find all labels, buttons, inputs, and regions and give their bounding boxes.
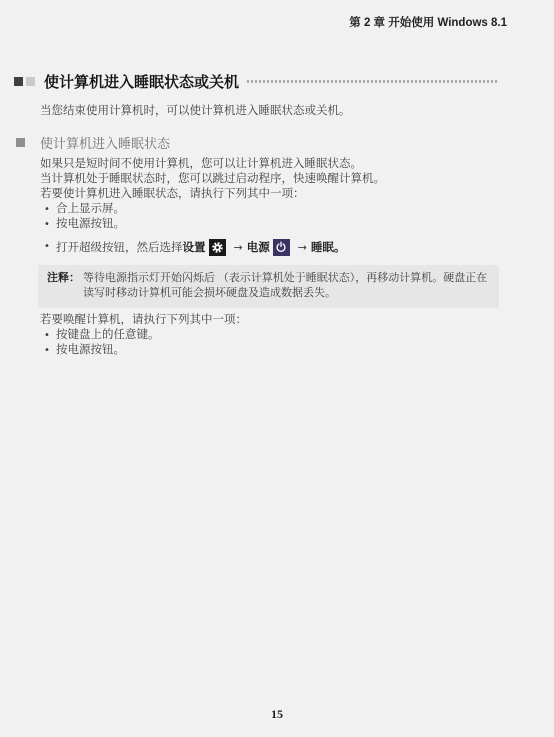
body-column: 当您结束使用计算机时，可以使计算机进入睡眠状态或关机。 使计算机进入睡眠状态 如… [40, 104, 497, 358]
paragraph: 当计算机处于睡眠状态时，您可以跳过启动程序，快速唤醒计算机。 [40, 172, 497, 187]
list-item-charms: • 打开超级按钮，然后选择 设置 → 电源 → 睡眠。 [44, 235, 497, 259]
sleep-paragraphs: 如果只是短时间不使用计算机，您可以让计算机进入睡眠状态。 当计算机处于睡眠状态时… [40, 157, 497, 202]
list-item: • 合上显示屏。 [44, 202, 497, 217]
wake-intro: 若要唤醒计算机，请执行下列其中一项： [40, 313, 497, 328]
charm-prefix-text: 打开超级按钮，然后选择 [56, 239, 183, 255]
chapter-header: 第 2 章 开始使用 Windows 8.1 [349, 14, 507, 30]
bullet-icon: • [44, 328, 56, 343]
list-item: • 按电源按钮。 [44, 217, 497, 232]
section-title-row: 使计算机进入睡眠状态或关机 [14, 72, 497, 90]
note-box: 注释： 等待电源指示灯开始闪烁后 （表示计算机处于睡眠状态），再移动计算机。硬盘… [38, 265, 499, 308]
arrow-right-icon: → [298, 241, 307, 254]
bullet-icon: • [44, 217, 56, 232]
list-item: • 按电源按钮。 [44, 343, 497, 358]
paragraph: 如果只是短时间不使用计算机，您可以让计算机进入睡眠状态。 [40, 157, 497, 172]
subsection-square-icon [16, 138, 25, 147]
list-item-text: 按电源按钮。 [56, 217, 125, 232]
bullet-icon: • [44, 202, 56, 217]
list-item-text: 按电源按钮。 [56, 343, 125, 358]
paragraph: 若要使计算机进入睡眠状态，请执行下列其中一项： [40, 187, 497, 202]
manual-page: { "header": { "chapter": "第 2 章 开始使用 Win… [0, 0, 554, 737]
list-item-text: 按键盘上的任意键。 [56, 328, 160, 343]
note-text: 等待电源指示灯开始闪烁后 （表示计算机处于睡眠状态），再移动计算机。硬盘正在读写… [83, 271, 490, 301]
bullet-icon: • [44, 343, 56, 358]
page-number: 15 [0, 707, 554, 722]
title-rule [247, 80, 497, 83]
subsection-title: 使计算机进入睡眠状态 [40, 133, 170, 152]
gear-icon [209, 239, 226, 256]
arrow-right-icon: → [234, 241, 243, 254]
title-square-light-icon [26, 77, 35, 86]
settings-label: 设置 [183, 239, 206, 255]
section-intro: 当您结束使用计算机时，可以使计算机进入睡眠状态或关机。 [40, 104, 497, 119]
bullet-icon: • [44, 235, 56, 259]
sleep-label: 睡眠。 [311, 239, 346, 255]
title-square-dark-icon [14, 77, 23, 86]
power-label: 电源 [247, 239, 270, 255]
note-label: 注释： [47, 271, 83, 286]
list-item-text: 合上显示屏。 [56, 202, 125, 217]
subsection-heading-row: 使计算机进入睡眠状态 [16, 133, 497, 152]
page-content: 使计算机进入睡眠状态或关机 当您结束使用计算机时，可以使计算机进入睡眠状态或关机… [14, 72, 497, 358]
power-icon [273, 239, 290, 256]
list-item: • 按键盘上的任意键。 [44, 328, 497, 343]
section-title: 使计算机进入睡眠状态或关机 [44, 71, 239, 92]
